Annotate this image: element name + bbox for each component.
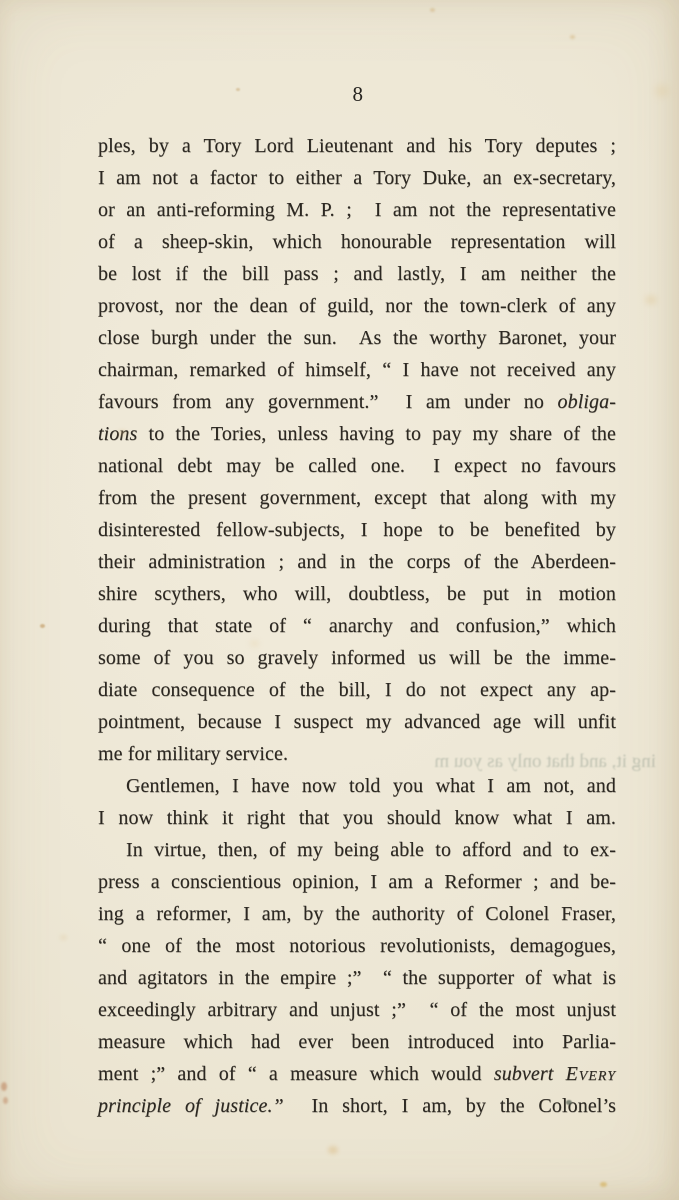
text-line: some of you so gravely informed us will … xyxy=(98,642,616,674)
stain-speck xyxy=(655,85,669,97)
text-segment: ples, by a Tory Lord Lieutenant and his … xyxy=(98,135,616,157)
text-line: favours from any government.” I am under… xyxy=(98,386,616,418)
text-segment: provost, nor the dean of guild, nor the … xyxy=(98,295,616,317)
text-segment: their administration ; and in the corps … xyxy=(98,551,616,573)
text-line: national debt may be called one. I expec… xyxy=(98,450,616,482)
text-line: In virtue, then, of my being able to aff… xyxy=(98,834,616,866)
text-line: I am not a factor to either a Tory Duke,… xyxy=(98,162,616,194)
page-number: 8 xyxy=(98,82,618,107)
body-text-block: ples, by a Tory Lord Lieutenant and his … xyxy=(98,130,616,1122)
text-line: ment ;” and of “ a measure which would s… xyxy=(98,1058,616,1090)
text-line: provost, nor the dean of guild, nor the … xyxy=(98,290,616,322)
text-segment: shire scythers, who will, doubtless, be … xyxy=(98,583,616,605)
text-segment: be lost if the bill pass ; and lastly, I… xyxy=(98,263,616,285)
text-segment: In virtue, then, of my being able to aff… xyxy=(126,839,616,861)
text-segment: during that state of “ anarchy and confu… xyxy=(98,615,616,637)
text-segment: from the present government, except that… xyxy=(98,487,616,509)
stain-speck xyxy=(600,1182,607,1187)
text-segment: In short, I am, by the Colonel’s xyxy=(284,1095,616,1117)
text-line: and agitators in the empire ;” “ the sup… xyxy=(98,962,616,994)
text-segment: press a conscientious opinion, I am a Re… xyxy=(98,871,616,893)
text-segment: principle of justice.” xyxy=(98,1095,284,1117)
text-segment: I now think it right that you should kno… xyxy=(98,807,616,829)
text-line: be lost if the bill pass ; and lastly, I… xyxy=(98,258,616,290)
text-segment: “ one of the most notorious revolutionis… xyxy=(98,935,616,957)
text-segment: ing a reformer, I am, by the authority o… xyxy=(98,903,616,925)
text-line: principle of justice.” In short, I am, b… xyxy=(98,1090,616,1122)
text-segment: ment ;” and of “ a measure which would xyxy=(98,1063,494,1085)
stain-speck xyxy=(3,1097,8,1104)
text-line: press a conscientious opinion, I am a Re… xyxy=(98,866,616,898)
text-segment: and agitators in the empire ;” “ the sup… xyxy=(98,967,616,989)
text-line: close burgh under the sun. As the worthy… xyxy=(98,322,616,354)
text-segment: of a sheep-skin, which honourable repres… xyxy=(98,231,616,253)
text-line: tions to the Tories, unless having to pa… xyxy=(98,418,616,450)
text-line: chairman, remarked of himself, “ I have … xyxy=(98,354,616,386)
text-segment: diate consequence of the bill, I do not … xyxy=(98,679,616,701)
text-segment: pointment, because I suspect my advanced… xyxy=(98,711,616,733)
stain-speck xyxy=(40,624,45,628)
scanned-page: 8 ing it, and that only as you m ples, b… xyxy=(0,0,679,1200)
text-line: during that state of “ anarchy and confu… xyxy=(98,610,616,642)
text-segment: chairman, remarked of himself, “ I have … xyxy=(98,359,616,381)
text-line: ples, by a Tory Lord Lieutenant and his … xyxy=(98,130,616,162)
text-segment: disinterested fellow-subjects, I hope to… xyxy=(98,519,616,541)
text-segment: exceedingly arbitrary and unjust ;” “ of… xyxy=(98,999,616,1021)
text-segment: subvert xyxy=(494,1063,566,1085)
text-segment: me for military service. xyxy=(98,743,288,765)
text-line: their administration ; and in the corps … xyxy=(98,546,616,578)
text-segment: national debt may be called one. I expec… xyxy=(98,455,616,477)
stain-speck xyxy=(60,935,67,940)
text-line: “ one of the most notorious revolutionis… xyxy=(98,930,616,962)
text-segment: tions xyxy=(98,423,137,445)
text-segment: close burgh under the sun. As the worthy… xyxy=(98,327,616,349)
text-line: I now think it right that you should kno… xyxy=(98,802,616,834)
text-line: diate consequence of the bill, I do not … xyxy=(98,674,616,706)
stain-speck xyxy=(570,35,575,39)
text-segment: some of you so gravely informed us will … xyxy=(98,647,616,669)
text-segment: Gentlemen, I have now told you what I am… xyxy=(126,775,616,797)
stain-speck xyxy=(645,295,657,305)
text-segment: Every xyxy=(566,1063,616,1085)
stain-speck xyxy=(328,1146,338,1154)
text-segment: measure which had ever been introduced i… xyxy=(98,1031,616,1053)
text-segment: favours from any government.” I am under… xyxy=(98,391,558,413)
stain-speck xyxy=(1,1082,7,1091)
text-line: disinterested fellow-subjects, I hope to… xyxy=(98,514,616,546)
text-segment: obliga- xyxy=(558,391,616,413)
stain-speck xyxy=(430,8,435,12)
text-line: from the present government, except that… xyxy=(98,482,616,514)
text-line: shire scythers, who will, doubtless, be … xyxy=(98,578,616,610)
text-line: exceedingly arbitrary and unjust ;” “ of… xyxy=(98,994,616,1026)
text-line: measure which had ever been introduced i… xyxy=(98,1026,616,1058)
text-segment: to the Tories, unless having to pay my s… xyxy=(137,423,616,445)
text-line: me for military service. xyxy=(98,738,616,770)
text-line: pointment, because I suspect my advanced… xyxy=(98,706,616,738)
text-segment: or an anti-reforming M. P. ; I am not th… xyxy=(98,199,616,221)
text-segment: I am not a factor to either a Tory Duke,… xyxy=(98,167,616,189)
text-line: ing a reformer, I am, by the authority o… xyxy=(98,898,616,930)
text-line: of a sheep-skin, which honourable repres… xyxy=(98,226,616,258)
text-line: Gentlemen, I have now told you what I am… xyxy=(98,770,616,802)
text-line: or an anti-reforming M. P. ; I am not th… xyxy=(98,194,616,226)
